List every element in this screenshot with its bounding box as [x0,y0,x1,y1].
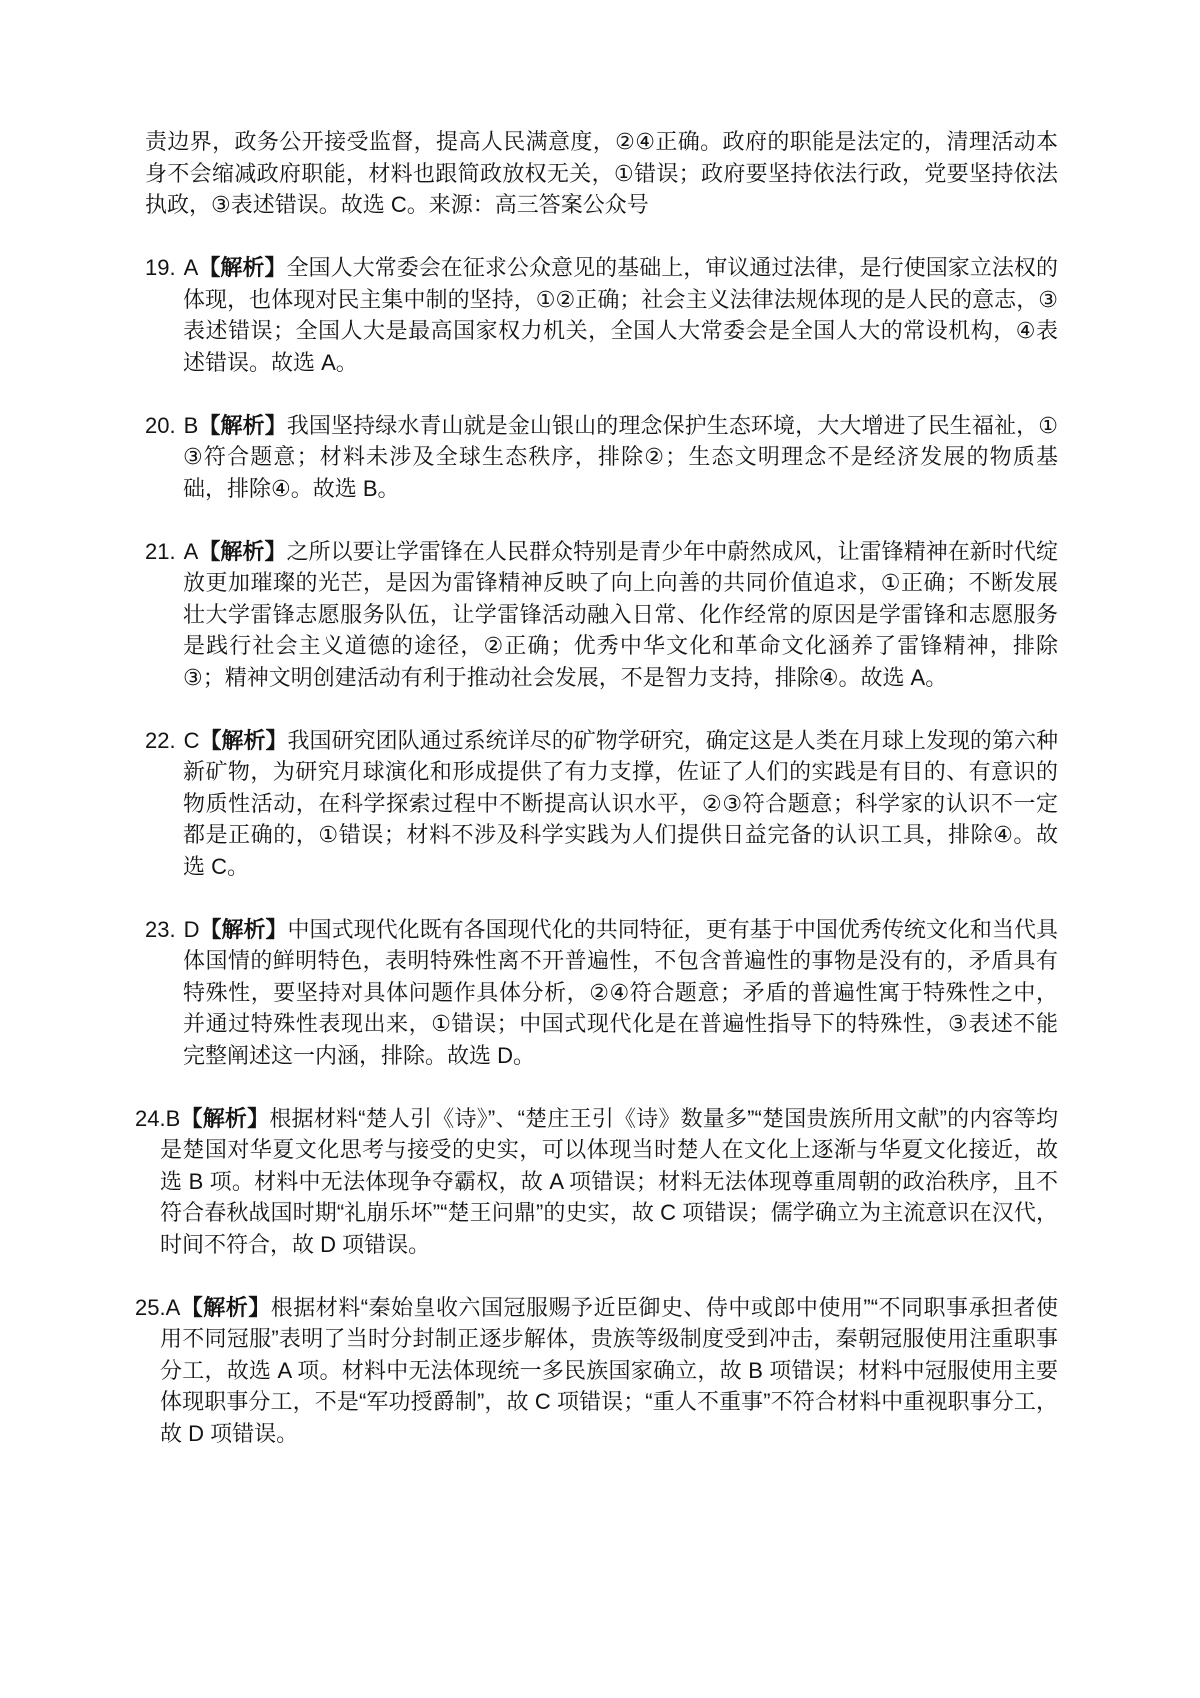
item-answer: A [166,1295,181,1320]
answer-item-19: 19.A【解析】全国人大常委会在征求公众意见的基础上，审议通过法律，是行使国家立… [145,252,1058,378]
answer-item-23: 23.D【解析】中国式现代化既有各国现代化的共同特征，更有基于中国优秀传统文化和… [145,914,1058,1072]
item-text: 22.C【解析】我国研究团队通过系统详尽的矿物学研究，确定这是人类在月球上发现的… [145,725,1058,883]
intro-continuation-paragraph: 责边界，政务公开接受监督，提高人民满意度，②④正确。政府的职能是法定的，清理活动… [145,126,1058,221]
item-text: 23.D【解析】中国式现代化既有各国现代化的共同特征，更有基于中国优秀传统文化和… [145,914,1058,1072]
answer-item-24: 24.B【解析】根据材料“楚人引《诗》”、“楚庄王引《诗》数量多”“楚国贵族所用… [145,1103,1058,1261]
answer-item-20: 20.B【解析】我国坚持绿水青山就是金山银山的理念保护生态环境，大大增进了民生福… [145,410,1058,505]
item-text: 21.A【解析】之所以要让学雷锋在人民群众特别是青少年中蔚然成风，让雷锋精神在新… [145,536,1058,694]
item-explanation: 之所以要让学雷锋在人民群众特别是青少年中蔚然成风，让雷锋精神在新时代绽放更加璀璨… [183,539,1058,690]
item-explanation: 根据材料“秦始皇收六国冠服赐予近臣御史、侍中或郎中使用”“不同职事承担者使用不同… [160,1295,1058,1446]
analysis-marker: 【解析】 [199,728,287,753]
item-number: 24. [135,1106,166,1131]
analysis-marker: 【解析】 [180,1295,270,1320]
item-number: 19. [145,255,176,280]
analysis-marker: 【解析】 [198,255,286,280]
answer-item-21: 21.A【解析】之所以要让学雷锋在人民群众特别是青少年中蔚然成风，让雷锋精神在新… [145,536,1058,694]
item-number: 22. [145,728,176,753]
item-number: 21. [145,539,176,564]
item-number: 25. [135,1295,166,1320]
answer-item-22: 22.C【解析】我国研究团队通过系统详尽的矿物学研究，确定这是人类在月球上发现的… [145,725,1058,883]
item-number: 23. [145,917,176,942]
analysis-marker: 【解析】 [198,413,287,438]
item-answer: A [184,255,199,280]
item-text: 19.A【解析】全国人大常委会在征求公众意见的基础上，审议通过法律，是行使国家立… [145,252,1058,378]
analysis-marker: 【解析】 [199,917,287,942]
item-answer: D [184,917,200,942]
item-number: 20. [145,413,176,438]
analysis-marker: 【解析】 [180,1106,269,1131]
item-explanation: 我国研究团队通过系统详尽的矿物学研究，确定这是人类在月球上发现的第六种新矿物，为… [183,728,1058,879]
item-answer: B [184,413,199,438]
item-explanation: 中国式现代化既有各国现代化的共同特征，更有基于中国优秀传统文化和当代具体国情的鲜… [183,917,1058,1068]
item-text: 25.A【解析】根据材料“秦始皇收六国冠服赐予近臣御史、侍中或郎中使用”“不同职… [135,1292,1058,1450]
analysis-marker: 【解析】 [198,539,286,564]
item-text: 20.B【解析】我国坚持绿水青山就是金山银山的理念保护生态环境，大大增进了民生福… [145,410,1058,505]
document-page: 责边界，政务公开接受监督，提高人民满意度，②④正确。政府的职能是法定的，清理活动… [145,126,1058,1481]
item-explanation: 根据材料“楚人引《诗》”、“楚庄王引《诗》数量多”“楚国贵族所用文献”的内容等均… [160,1106,1058,1257]
item-answer: B [166,1106,181,1131]
item-answer: C [184,728,200,753]
item-explanation: 我国坚持绿水青山就是金山银山的理念保护生态环境，大大增进了民生福祉，①③符合题意… [183,413,1058,501]
item-text: 24.B【解析】根据材料“楚人引《诗》”、“楚庄王引《诗》数量多”“楚国贵族所用… [135,1103,1058,1261]
item-explanation: 全国人大常委会在征求公众意见的基础上，审议通过法律，是行使国家立法权的体现，也体… [183,255,1058,375]
answer-item-25: 25.A【解析】根据材料“秦始皇收六国冠服赐予近臣御史、侍中或郎中使用”“不同职… [145,1292,1058,1450]
item-answer: A [184,539,199,564]
